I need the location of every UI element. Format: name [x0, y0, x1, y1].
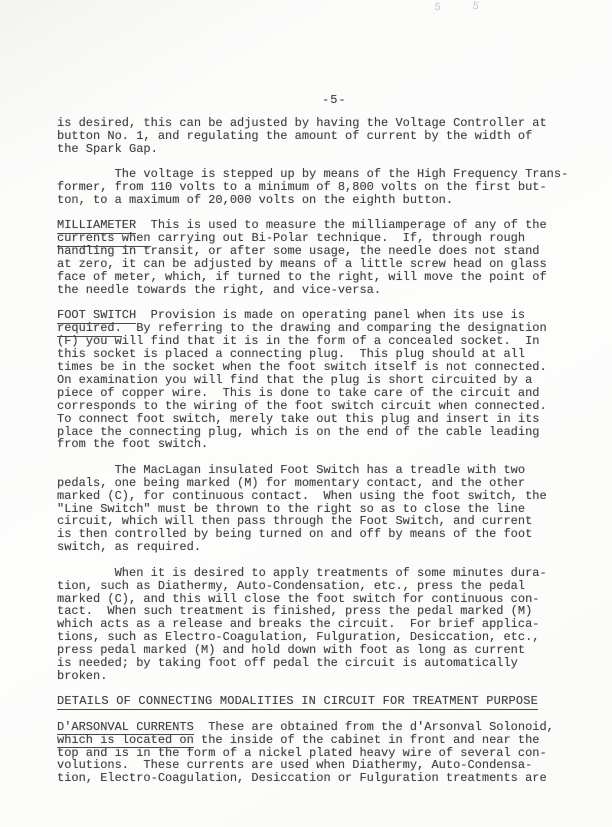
stray-pencil-mark: 5 [433, 2, 441, 16]
text-line: corresponds to the wiring of the foot sw… [57, 400, 567, 413]
paragraph-treatments: When it is desired to apply treatments o… [57, 567, 567, 683]
section-heading-details: DETAILS OF CONNECTING MODALITIES IN CIRC… [57, 695, 567, 708]
text-line: is desired, this can be adjusted by havi… [57, 117, 567, 130]
section-foot-switch: FOOT SWITCH Provision is made on operati… [57, 309, 567, 451]
page-content: is desired, this can be adjusted by havi… [57, 117, 567, 798]
text-line: is needed; by taking foot off pedal the … [57, 657, 567, 670]
page-number: -5- [322, 94, 347, 107]
paragraph-voltage-adjust: is desired, this can be adjusted by havi… [57, 117, 567, 156]
paragraph-maclagan-foot-switch: The MacLagan insulated Foot Switch has a… [57, 464, 567, 554]
text-line: D'ARSONVAL CURRENTS These are obtained f… [57, 721, 567, 734]
text-line: When it is desired to apply treatments o… [57, 567, 567, 580]
text-line: piece of copper wire. This is done to ta… [57, 387, 567, 400]
text-line: button No. 1, and regulating the amount … [57, 130, 567, 143]
section-milliameter: MILLIAMETER This is used to measure the … [57, 219, 567, 296]
underlined-text: DETAILS OF CONNECTING MODALITIES IN CIRC… [57, 694, 538, 710]
text-line: tion, such as Diathermy, Auto-Condensati… [57, 580, 567, 593]
text-line: On examination you will find that the pl… [57, 374, 567, 387]
text-line: the needle towards the right, and vice-v… [57, 284, 567, 297]
text-line: To connect foot switch, merely take out … [57, 413, 567, 426]
text-line: switch, as required. [57, 541, 567, 554]
text-line: from the foot switch. [57, 438, 567, 451]
text-line: the Spark Gap. [57, 143, 567, 156]
text-line: times be in the socket when the foot swi… [57, 361, 567, 374]
text-line: The MacLagan insulated Foot Switch has a… [57, 464, 567, 477]
text-line: broken. [57, 670, 567, 683]
text-line: DETAILS OF CONNECTING MODALITIES IN CIRC… [57, 695, 567, 708]
text-line: pedals, one being marked (M) for momenta… [57, 477, 567, 490]
paragraph-transformer: The voltage is stepped up by means of th… [57, 168, 567, 207]
document-page: 5 5 -5- is desired, this can be adjusted… [0, 0, 612, 827]
text-line: ton, to a maximum of 20,000 volts on the… [57, 194, 567, 207]
text-line: marked (C), for continuous contact. When… [57, 490, 567, 503]
stray-pencil-mark: 5 [471, 0, 481, 14]
text-line: tion, Electro-Coagulation, Desiccation o… [57, 772, 567, 785]
text-line: which is located on the inside of the ca… [57, 734, 567, 747]
section-darsonval-currents: D'ARSONVAL CURRENTS These are obtained f… [57, 721, 567, 786]
